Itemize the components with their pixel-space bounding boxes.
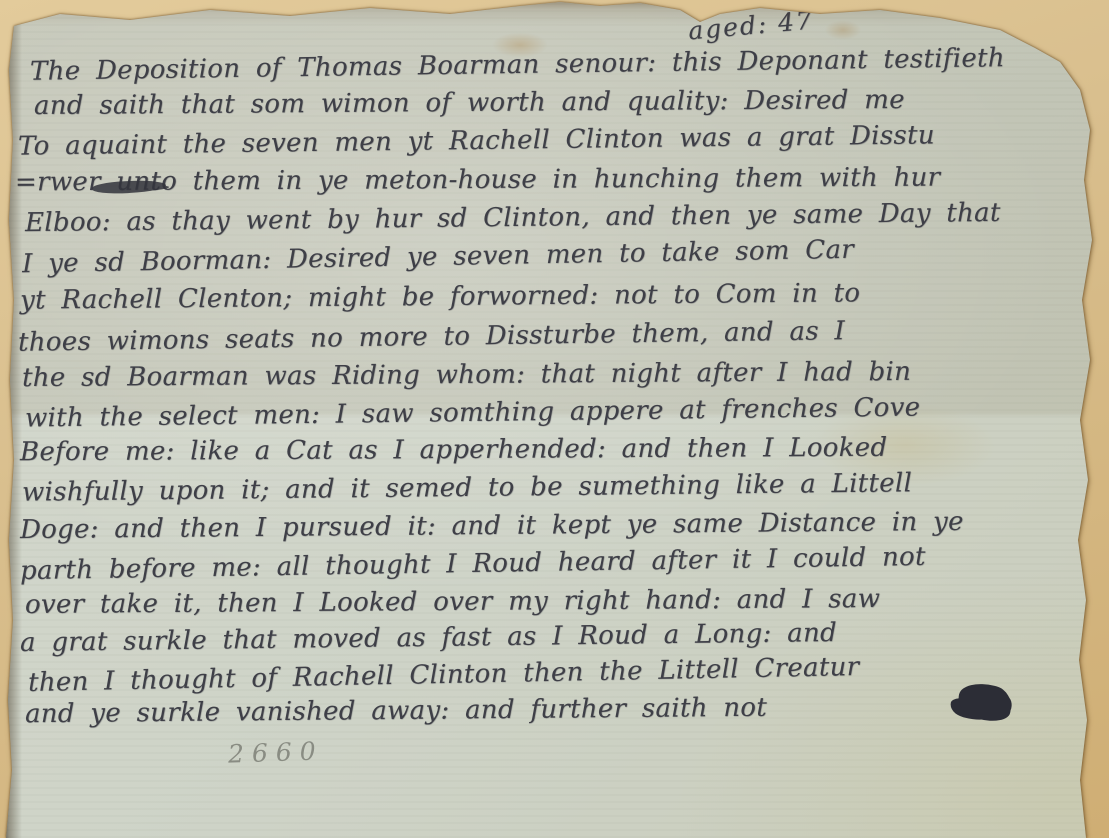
manuscript-line-10: with the select men: I saw somthing appe… [25,393,921,435]
age-annotation: aged: 47 [687,8,815,44]
manuscript-line-14: parth before me: all thought I Roud hear… [20,542,926,587]
manuscript-line-2: and saith that som wimon of worth and qu… [34,85,905,122]
manuscript-line-5: Elboo: as thay went by hur sd Clinton, a… [25,198,1001,239]
manuscript-line-6: I ye sd Boorman: Desired ye seven men to… [22,235,854,281]
manuscript-line-12: wishfully upon it; and it semed to be su… [22,468,912,509]
manuscript-line-3: To aquaint the seven men yt Rachell Clin… [18,120,935,162]
catalog-number: 2660 [228,738,324,766]
manuscript-line-7: yt Rachell Clenton; might be forworned: … [20,278,861,317]
paper-sheet: aged: 47 The Deposition of Thomas Boarma… [0,0,1109,838]
manuscript-line-15: over take it, then I Looked over my righ… [25,584,880,621]
manuscript-line-8: thoes wimons seats no more to Dissturbe … [18,316,845,359]
manuscript-line-1: The Deposition of Thomas Boarman senour:… [30,43,1005,88]
paper-shadow-wrap: aged: 47 The Deposition of Thomas Boarma… [0,0,1109,838]
manuscript-line-13: Doge: and then I pursued it: and it kept… [20,507,964,546]
manuscript-line-18: and ye surkle vanished away: and further… [25,693,767,731]
manuscript-line-9: the sd Boarman was Riding whom: that nig… [22,357,911,394]
manuscript-line-16: a grat surkle that moved as fast as I Ro… [20,618,837,659]
photo-background: aged: 47 The Deposition of Thomas Boarma… [0,0,1109,838]
manuscript-line-11: Before me: like a Cat as I apperhended: … [20,433,888,469]
handwriting-layer: aged: 47 The Deposition of Thomas Boarma… [0,0,1109,838]
